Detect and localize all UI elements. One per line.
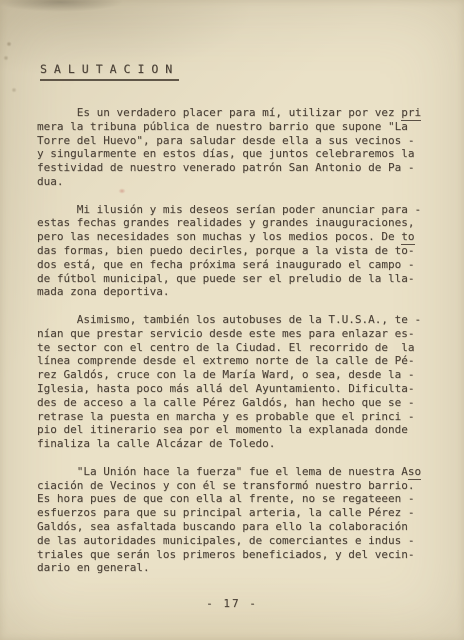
text-line: pero las necesidades son muchas y los me…	[37, 230, 464, 244]
text-line: Es un verdadero placer para mí, utilizar…	[37, 106, 464, 120]
text-line: festividad de nuestro venerado patrón Sa…	[37, 161, 464, 175]
paragraph-3: Asimismo, también los autobuses de la T.…	[37, 313, 464, 451]
text-line: y singularmente en estos días, que junto…	[37, 147, 464, 161]
text-line: Iglesia, hasta poco más allá del Ayuntam…	[37, 382, 464, 396]
scanned-document-page: SALUTACION Es un verdadero placer para m…	[0, 0, 464, 640]
text-line: Mi ilusión y mis deseos serían poder anu…	[37, 203, 464, 217]
text-line: ciación de Vecinos y con él se transform…	[37, 479, 464, 493]
text-line: Torre del Huevo", para saludar desde ell…	[37, 134, 464, 148]
text-line: mera la tribuna pública de nuestro barri…	[37, 120, 464, 134]
text-line: dua.	[37, 175, 464, 189]
text-line: "La Unión hace la fuerza" fue el lema de…	[37, 465, 464, 479]
text-line: línea comprende desde el extremo norte d…	[37, 354, 464, 368]
text-line: rez Galdós, cruce con la de María Ward, …	[37, 368, 464, 382]
paragraph-4: "La Unión hace la fuerza" fue el lema de…	[37, 465, 464, 575]
text-line: das formas, bien puedo decirles, porque …	[37, 244, 464, 258]
text-line: dos está, que en fecha próxima será inau…	[37, 258, 464, 272]
text-line: Asimismo, también los autobuses de la T.…	[37, 313, 464, 327]
text-line: Galdós, sea asfaltada buscando para ello…	[37, 520, 464, 534]
text-line: te sector con el centro de la Ciudad. El…	[37, 341, 464, 355]
text-line: de fútbol municipal, que puede ser el pr…	[37, 272, 464, 286]
paragraph-2: Mi ilusión y mis deseos serían poder anu…	[37, 203, 464, 300]
underlined-syllable: to	[401, 230, 414, 245]
text-line: mada zona deportiva.	[37, 285, 464, 299]
page-title-text: SALUTACION	[40, 62, 179, 81]
text-line: dario en general.	[37, 561, 464, 575]
text-line: Es hora pues de que con ella al frente, …	[37, 492, 464, 506]
text-line: pio del itinerario sea por el momento la…	[37, 423, 464, 437]
paragraph-1: Es un verdadero placer para mí, utilizar…	[37, 106, 464, 189]
text-line: esfuerzos para que su principal arteria,…	[37, 506, 464, 520]
underlined-syllable: pri	[401, 106, 421, 121]
text-line: finaliza la calle Alcázar de Toledo.	[37, 437, 464, 451]
page-title: SALUTACION	[40, 0, 464, 81]
underlined-syllable: so	[408, 465, 421, 480]
text-line: triales que serán los primeros beneficia…	[37, 548, 464, 562]
text-line: nían que prestar servicio desde este mes…	[37, 327, 464, 341]
document-body: Es un verdadero placer para mí, utilizar…	[37, 106, 464, 575]
text-line: des de acceso a la calle Pérez Galdós, h…	[37, 396, 464, 410]
text-line: retrase la puesta en marcha y es probabl…	[37, 410, 464, 424]
text-line: de las autoridades municipales, de comer…	[37, 534, 464, 548]
text-line: estas fechas grandes realidades y grande…	[37, 216, 464, 230]
page-number: - 17 -	[0, 597, 464, 610]
